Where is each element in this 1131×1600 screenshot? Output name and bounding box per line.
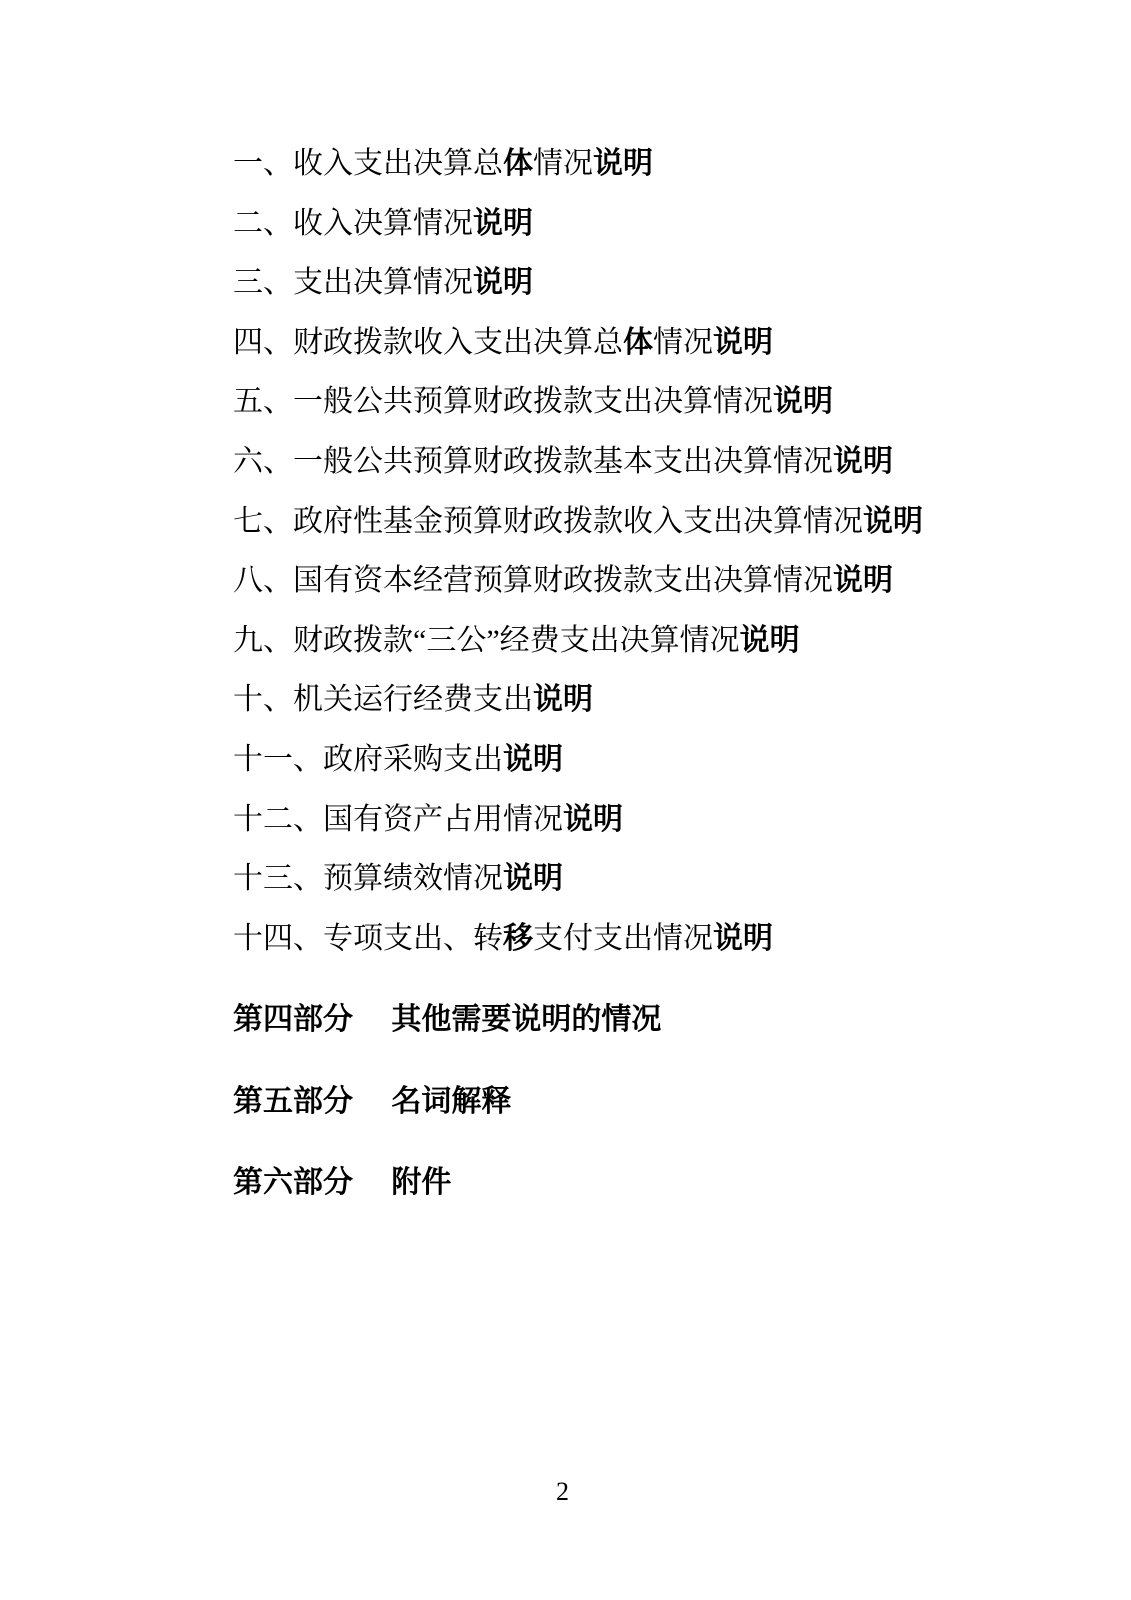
toc-item-text: 九、财政拨款“三公”经费支出决算情况 — [233, 624, 740, 657]
toc-item-text: 五、一般公共预算财政拨款支出决算情况 — [233, 385, 773, 418]
toc-item-text: 说明 — [503, 743, 563, 776]
page-number: 2 — [0, 1477, 1125, 1507]
toc-item-text: 体 — [623, 326, 653, 359]
toc-item-text: 十二、国有资产占用情况 — [233, 803, 563, 836]
toc-item-text: 移 — [503, 922, 533, 955]
toc-item: 十一、政府采购支出说明 — [233, 730, 923, 790]
toc-item: 十三、预算绩效情况说明 — [233, 849, 923, 909]
toc-item-text: 情况 — [533, 147, 593, 180]
section-heading-part4: 第四部分 其他需要说明的情况 — [233, 979, 661, 1061]
toc-item-text: 说明 — [740, 624, 800, 657]
toc-item-text: 说明 — [863, 505, 923, 538]
toc-item: 二、收入决算情况说明 — [233, 194, 923, 254]
toc-item-text: 说明 — [713, 922, 773, 955]
toc-item-text: 十一、政府采购支出 — [233, 743, 503, 776]
toc-item: 一、收入支出决算总体情况说明 — [233, 134, 923, 194]
toc-item-text: 七、政府性基金预算财政拨款收入支出决算情况 — [233, 505, 863, 538]
toc-item: 三、支出决算情况说明 — [233, 253, 923, 313]
toc-item-text: 十四、专项支出、转 — [233, 922, 503, 955]
toc-item-text: 说明 — [833, 445, 893, 478]
section-heading-part5: 第五部分 名词解释 — [233, 1061, 661, 1143]
section-heading-list: 第四部分 其他需要说明的情况 第五部分 名词解释 第六部分 附件 — [233, 979, 661, 1224]
toc-item-text: 说明 — [773, 385, 833, 418]
toc-item-text: 二、收入决算情况 — [233, 207, 473, 240]
section-label: 第六部分 — [233, 1166, 353, 1199]
toc-item: 四、财政拨款收入支出决算总体情况说明 — [233, 313, 923, 373]
section-label: 第四部分 — [233, 1003, 353, 1036]
section-title: 附件 — [391, 1142, 451, 1224]
section-title: 其他需要说明的情况 — [391, 979, 661, 1061]
section-title: 名词解释 — [391, 1061, 511, 1143]
toc-item: 八、国有资本经营预算财政拨款支出决算情况说明 — [233, 551, 923, 611]
document-page: 一、收入支出决算总体情况说明二、收入决算情况说明三、支出决算情况说明四、财政拨款… — [0, 0, 1131, 1600]
section-heading-part6: 第六部分 附件 — [233, 1142, 661, 1224]
toc-item: 十、机关运行经费支出说明 — [233, 670, 923, 730]
toc-item-text: 一、收入支出决算总 — [233, 147, 503, 180]
toc-item-text: 八、国有资本经营预算财政拨款支出决算情况 — [233, 564, 833, 597]
toc-item: 十二、国有资产占用情况说明 — [233, 790, 923, 850]
toc-item-text: 情况 — [653, 326, 713, 359]
toc-item-text: 支付支出情况 — [533, 922, 713, 955]
toc-item-text: 十、机关运行经费支出 — [233, 683, 533, 716]
toc-item-text: 说明 — [473, 266, 533, 299]
toc-item-text: 说明 — [533, 683, 593, 716]
toc-item-text: 说明 — [833, 564, 893, 597]
toc-item-text: 体 — [503, 147, 533, 180]
toc-list: 一、收入支出决算总体情况说明二、收入决算情况说明三、支出决算情况说明四、财政拨款… — [233, 134, 923, 968]
toc-item-text: 说明 — [503, 862, 563, 895]
section-label: 第五部分 — [233, 1085, 353, 1118]
toc-item-text: 三、支出决算情况 — [233, 266, 473, 299]
toc-item: 七、政府性基金预算财政拨款收入支出决算情况说明 — [233, 492, 923, 552]
toc-item: 五、一般公共预算财政拨款支出决算情况说明 — [233, 372, 923, 432]
toc-item: 九、财政拨款“三公”经费支出决算情况说明 — [233, 611, 923, 671]
toc-item-text: 十三、预算绩效情况 — [233, 862, 503, 895]
toc-item-text: 说明 — [713, 326, 773, 359]
toc-item-text: 说明 — [593, 147, 653, 180]
toc-item-text: 说明 — [563, 803, 623, 836]
toc-item: 六、一般公共预算财政拨款基本支出决算情况说明 — [233, 432, 923, 492]
toc-item: 十四、专项支出、转移支付支出情况说明 — [233, 909, 923, 969]
toc-item-text: 四、财政拨款收入支出决算总 — [233, 326, 623, 359]
toc-item-text: 说明 — [473, 207, 533, 240]
toc-item-text: 六、一般公共预算财政拨款基本支出决算情况 — [233, 445, 833, 478]
